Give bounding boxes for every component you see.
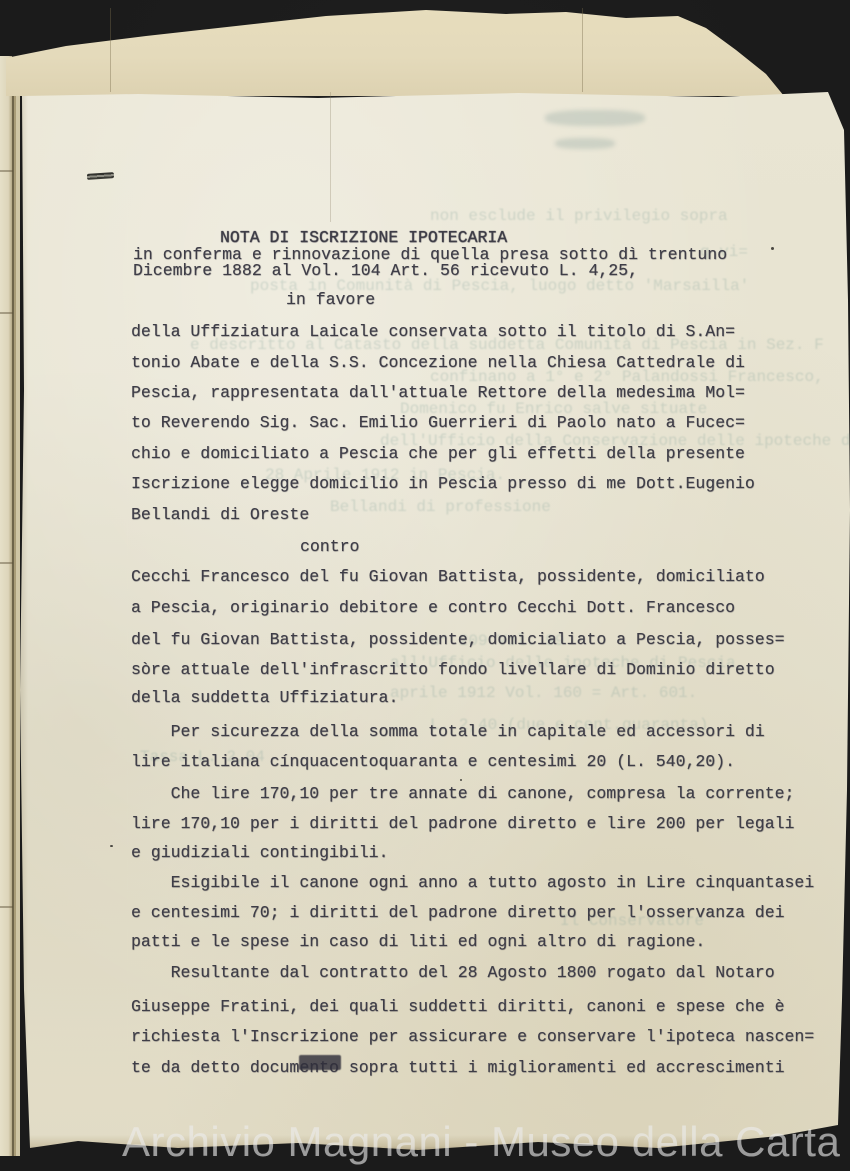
page-crease bbox=[330, 92, 331, 222]
overtype-smudge bbox=[299, 1055, 341, 1070]
document-line: e giudiziali contingibili. bbox=[131, 843, 388, 862]
document-line: lire italiana cínquacentoquaranta e cent… bbox=[131, 752, 735, 771]
document-line: Iscrizione elegge domicilio in Pescia pr… bbox=[131, 474, 755, 493]
ink-speck bbox=[460, 779, 462, 781]
sheet-edge-cut bbox=[0, 562, 13, 564]
watermark-text: Archivio Magnani - Museo della Carta bbox=[122, 1118, 850, 1166]
document-line: Esigibile il canone ogni anno a tutto ag… bbox=[131, 873, 814, 892]
ink-speck bbox=[110, 845, 113, 847]
sheet-edge-cut bbox=[0, 312, 13, 314]
document-line: e centesimi 70; i diritti del padrone di… bbox=[131, 903, 785, 922]
document-line: Per sicurezza della somma totale in capi… bbox=[131, 722, 765, 741]
document-line: a Pescia, originario debitore e contro C… bbox=[131, 598, 735, 617]
document-line: Che lire 170,10 per tre annate di canone… bbox=[131, 784, 794, 803]
document-line: Bellandi di Oreste bbox=[131, 505, 309, 524]
bleedthrough-line: aprile 1912 Vol. 160 = Art. 601. bbox=[390, 684, 697, 702]
document-line: della suddetta Uffiziatura. bbox=[131, 688, 398, 707]
document-line: Giuseppe Fratini, dei quali suddetti dir… bbox=[131, 997, 785, 1016]
document-line: sòre attuale dell'infrascritto fondo liv… bbox=[131, 660, 775, 679]
sheet-edge-cut bbox=[0, 906, 13, 908]
document-line: contro bbox=[300, 537, 359, 556]
document-line: Pescia, rappresentata dall'attuale Retto… bbox=[131, 383, 745, 402]
document-line: Resultante dal contratto del 28 Agosto 1… bbox=[131, 963, 775, 982]
bleedthrough-line: Bellandi di professione bbox=[330, 498, 551, 516]
bleedthrough-line: non esclude il privilegio sopra bbox=[430, 207, 728, 225]
underlying-page bbox=[6, 8, 784, 96]
bleedthrough-smudge bbox=[555, 138, 615, 149]
document-line: del fu Giovan Battista, possidente, domi… bbox=[131, 630, 785, 649]
document-line: to Reverendo Sig. Sac. Emilio Guerrieri … bbox=[131, 413, 745, 432]
scanned-document-photo: non esclude il privilegio sopraq vi=post… bbox=[0, 0, 850, 1171]
binding-gutter bbox=[12, 60, 20, 1156]
fold-crease bbox=[110, 8, 111, 92]
ink-speck bbox=[771, 247, 774, 250]
document-line: te da detto documento sopra tutti i migl… bbox=[131, 1058, 785, 1077]
bleedthrough-smudge bbox=[545, 110, 645, 126]
sheet-edge-cut bbox=[0, 170, 13, 172]
document-line: Cecchi Francesco del fu Giovan Battista,… bbox=[131, 567, 765, 586]
sheet-stack-edge bbox=[0, 56, 12, 1156]
document-line: richiesta l'Inscrizione per assicurare e… bbox=[131, 1027, 814, 1046]
document-line: lire 170,10 per i diritti del padrone di… bbox=[131, 814, 794, 833]
document-line: in favore bbox=[286, 290, 375, 309]
document-line: chio e domiciliato a Pescia che per gli … bbox=[131, 444, 745, 463]
fold-crease bbox=[582, 8, 583, 92]
document-line: della Uffiziatura Laicale conservata sot… bbox=[131, 322, 735, 341]
document-line: tonio Abate e della S.S. Concezione nell… bbox=[131, 353, 745, 372]
document-line: patti e le spese in caso di liti ed ogni… bbox=[131, 932, 705, 951]
document-line: Dicembre 1882 al Vol. 104 Art. 56 ricevu… bbox=[133, 261, 638, 280]
